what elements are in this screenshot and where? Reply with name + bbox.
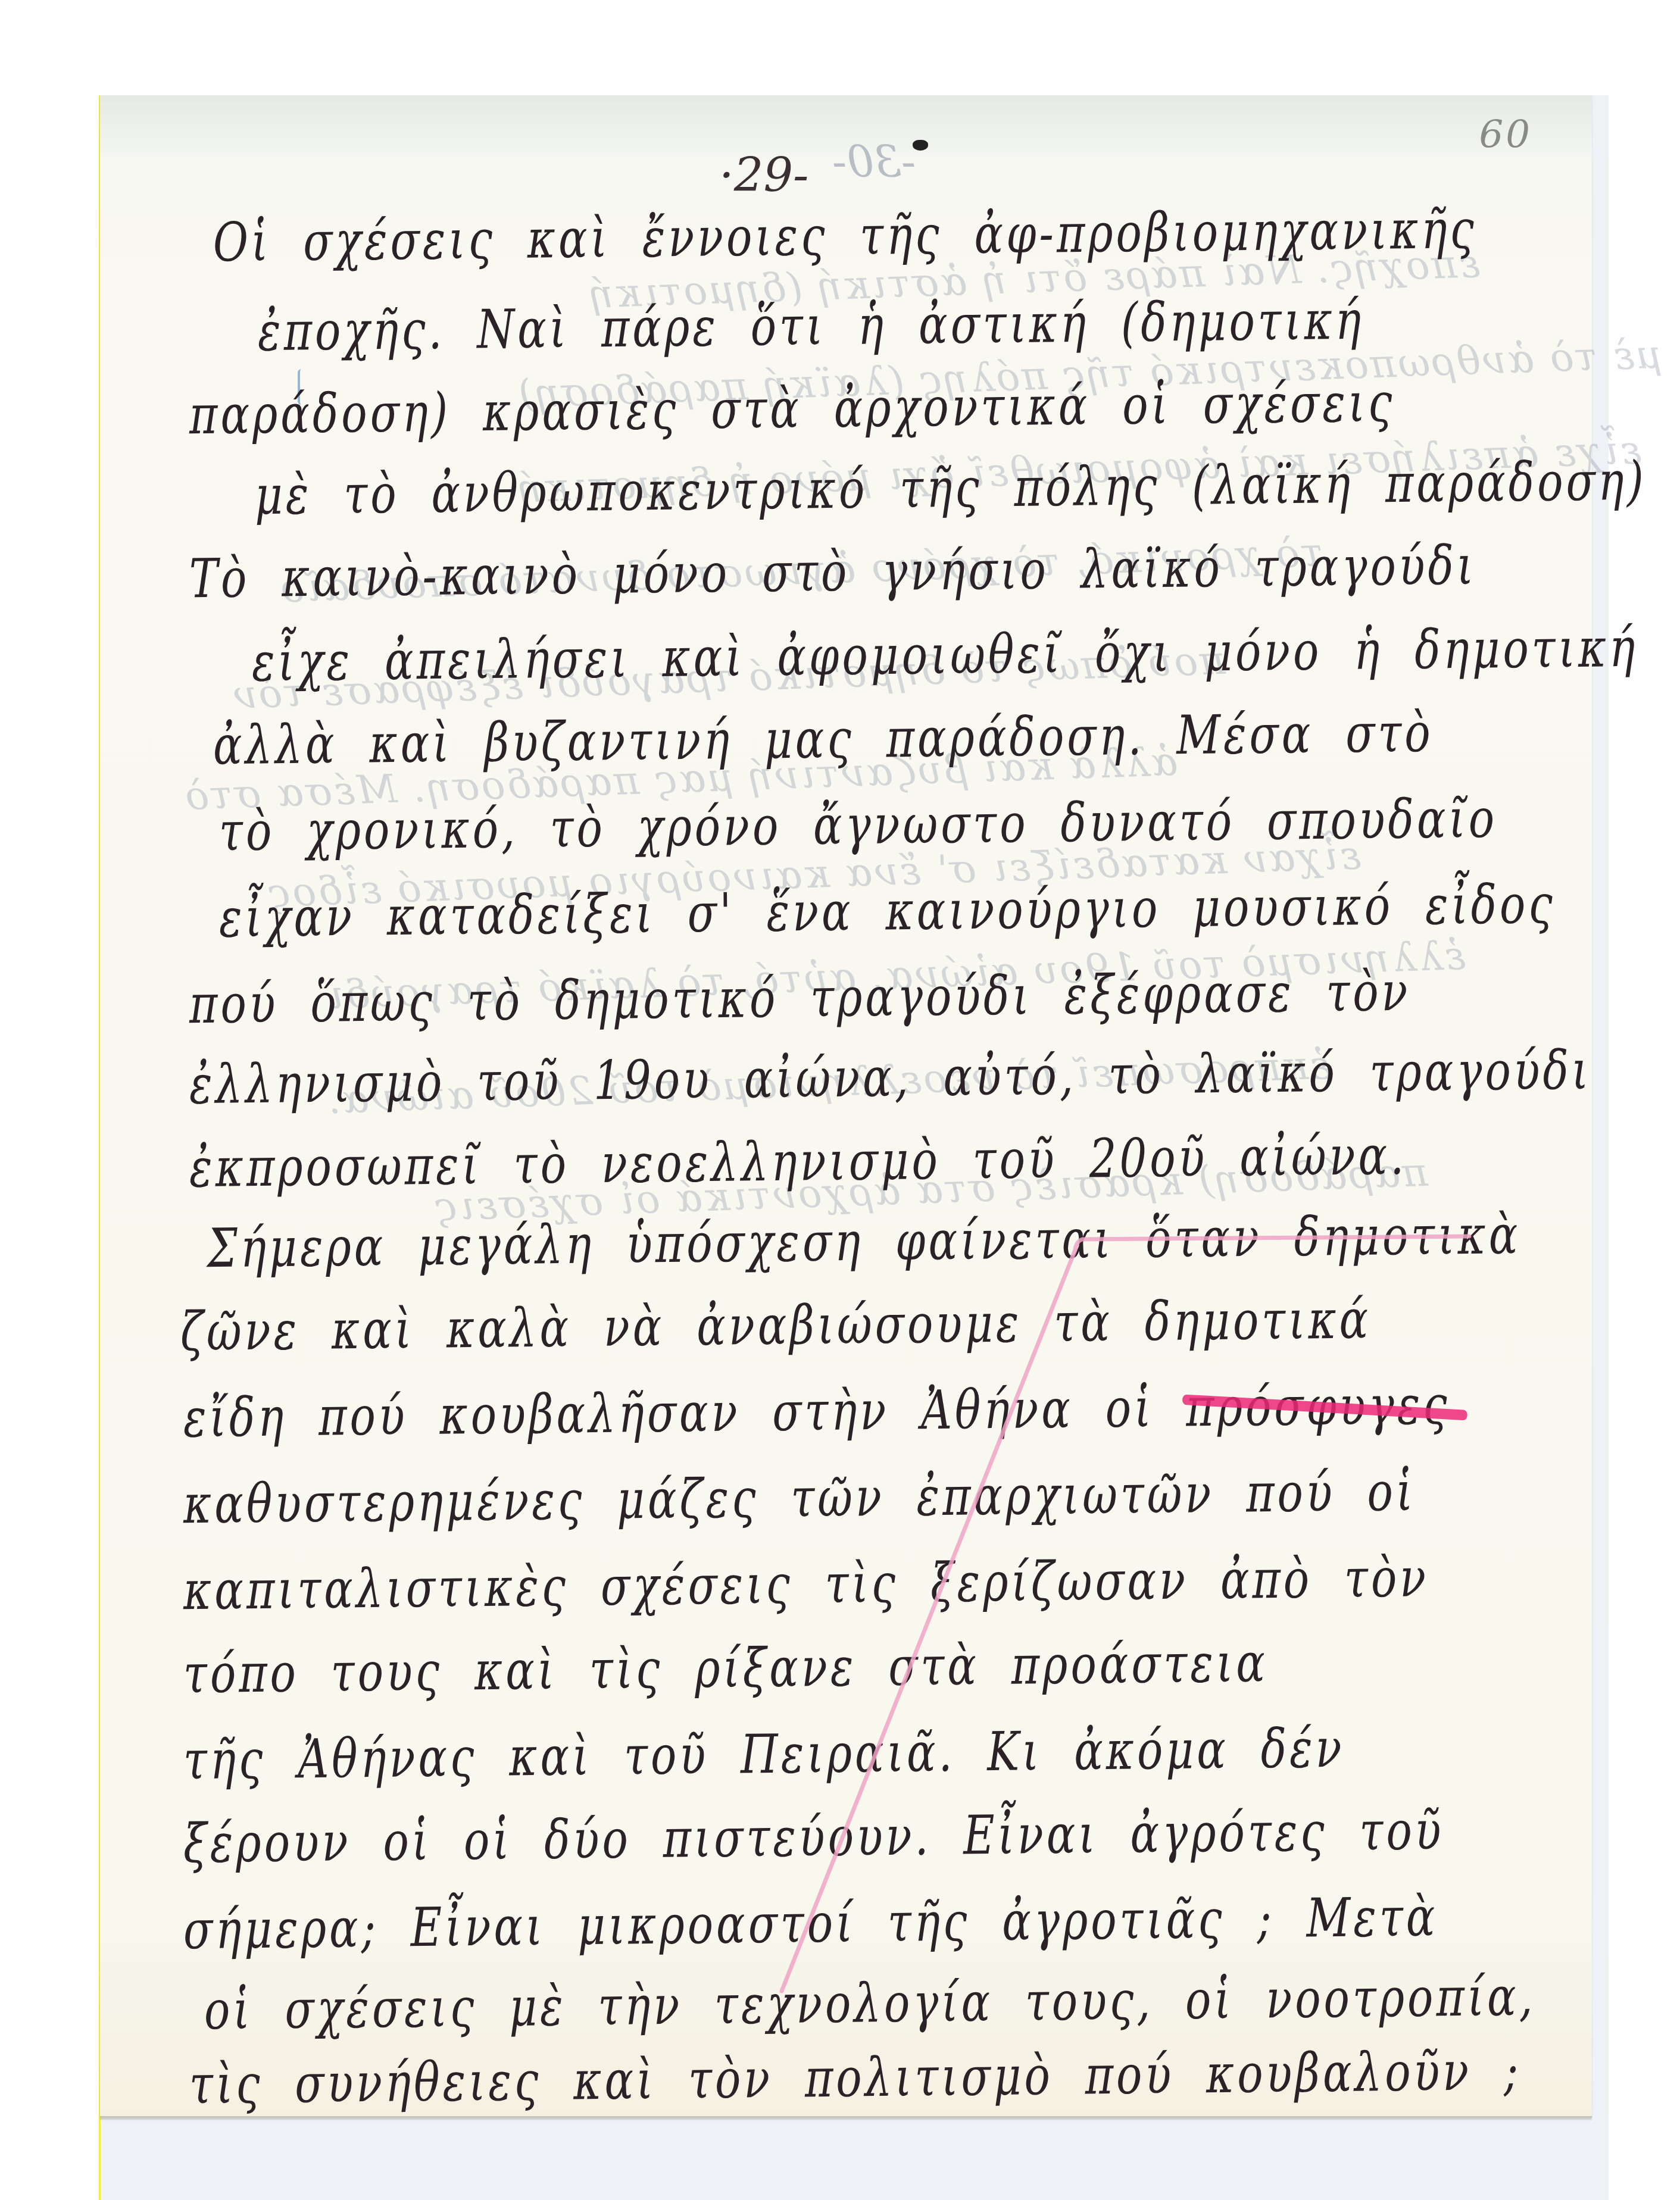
folio-number: 60 xyxy=(1479,113,1532,157)
manuscript-line: τὸ χρονικό, τὸ χρόνο ἄγνωστο δυνατό σπου… xyxy=(218,787,1497,862)
manuscript-line: ἐποχῆς. Ναὶ πάρε ὅτι ἡ ἀστική (δημοτική xyxy=(257,289,1364,362)
manuscript-line: Τὸ καινὸ-καινὸ μόνο στὸ γνήσιο λαϊκό τρα… xyxy=(189,534,1476,610)
manuscript-line: εἴδη πού κουβαλῆσαν στὴν Ἀθήνα οἱ πρόσφυ… xyxy=(183,1373,1450,1449)
manuscript-line: τόπο τους καὶ τὶς ρίξανε στὰ προάστεια xyxy=(183,1631,1268,1705)
manuscript-line: καπιταλιστικὲς σχέσεις τὶς ξερίζωσαν ἀπὸ… xyxy=(183,1546,1429,1622)
manuscript-line: σήμερα; Εἶναι μικροαστοί τῆς ἀγροτιᾶς ; … xyxy=(183,1885,1438,1961)
manuscript-line: πού ὅπως τὸ δημοτικό τραγούδι ἐξέφρασε τ… xyxy=(189,960,1410,1035)
manuscript-line: ἀλλὰ καὶ βυζαντινή μας παράδοση. Μέσα στ… xyxy=(213,701,1434,776)
manuscript-line: τῆς Ἀθήνας καὶ τοῦ Πειραιᾶ. Κι ἀκόμα δέν xyxy=(183,1717,1344,1791)
manuscript-line: εἶχε ἀπειλήσει καὶ ἀφομοιωθεῖ ὄχι μόνο ἡ… xyxy=(251,616,1638,693)
manuscript-line: οἱ σχέσεις μὲ τὴν τεχνολογία τους, οἱ νο… xyxy=(204,1965,1536,2041)
manuscript-line: τὶς συνήθειες καὶ τὸν πολιτισμὸ πού κουβ… xyxy=(189,2039,1521,2115)
manuscript-line: ζῶνε καὶ καλὰ νὰ ἀναβιώσουμε τὰ δημοτικά xyxy=(180,1288,1371,1363)
manuscript-line: ἐλληνισμὸ τοῦ 19ου αἰώνα, αὐτό, τὸ λαϊκό… xyxy=(189,1039,1591,1116)
struck-through-word: πρόσφυγες xyxy=(1186,1373,1450,1439)
manuscript-line: καθυστερημένες μάζες τῶν ἐπαρχιωτῶν πού … xyxy=(183,1460,1416,1536)
manuscript-line-text: εἴδη πού κουβαλῆσαν στὴν Ἀθήνα οἱ xyxy=(183,1376,1154,1449)
manuscript-line: ξέρουν οἱ οἱ δύο πιστεύουν. Εἶναι ἀγρότε… xyxy=(183,1799,1444,1874)
manuscript-line: παράδοση) κρασιὲς στὰ ἀρχοντικά οἱ σχέσε… xyxy=(189,371,1395,446)
manuscript-line: εἶχαν καταδείξει σ' ἕνα καινούργιο μουσι… xyxy=(218,873,1556,949)
bleed-through-page-header: -30- xyxy=(832,137,916,187)
manuscript-line: Σήμερα μεγάλη ὑπόσχεση φαίνεται ὅταν δημ… xyxy=(207,1203,1520,1279)
manuscript-page: -30- ἐποχῆς. Ναὶ πάρε ὅτι ἡ ἀστική (δημο… xyxy=(100,95,1592,2118)
ink-smudge xyxy=(913,140,928,151)
manuscript-line: ἐκπροσωπεῖ τὸ νεοελληνισμὸ τοῦ 20οῦ αἰών… xyxy=(189,1124,1407,1199)
page-number-header: ·29- xyxy=(719,149,808,202)
manuscript-line: Οἱ σχέσεις καὶ ἔννοιες τῆς ἀφ-προβιομηχα… xyxy=(213,198,1477,273)
manuscript-line: μὲ τὸ ἀνθρωποκεντρικό τῆς πόλης (λαϊκή π… xyxy=(254,449,1647,526)
